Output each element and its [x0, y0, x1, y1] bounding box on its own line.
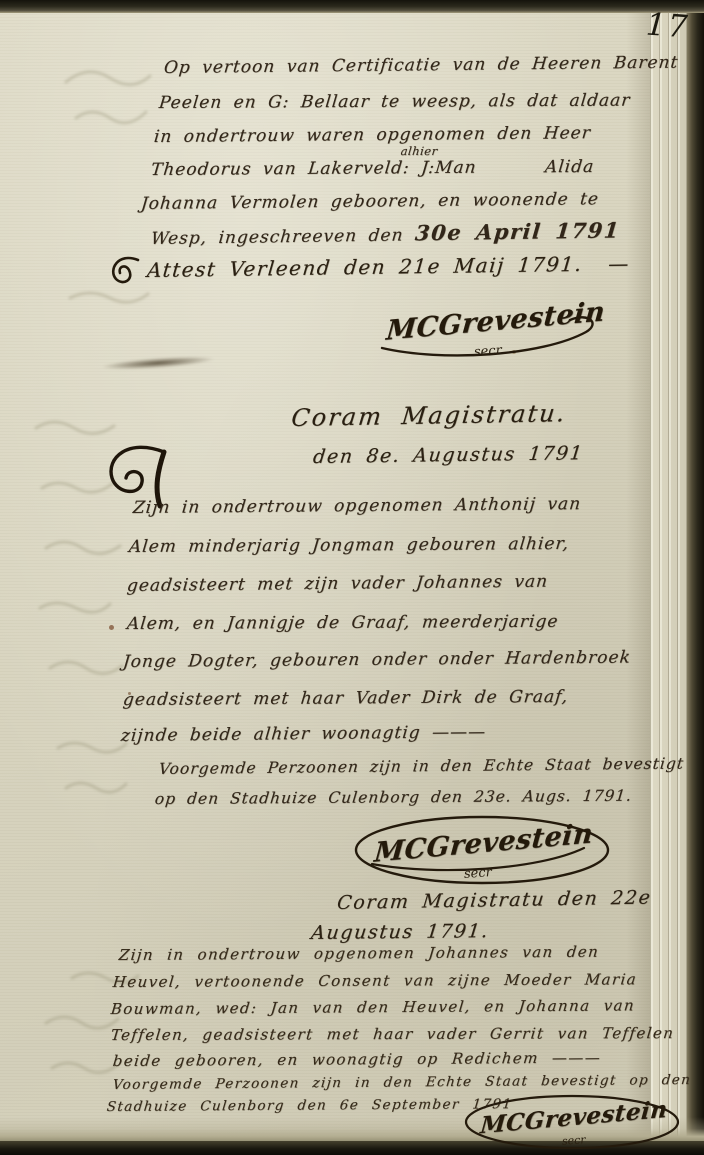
page-stack-edge	[650, 0, 688, 1155]
section-date: Augustus 1791.	[310, 920, 490, 944]
signature-title: secr	[474, 343, 503, 360]
book-binding-top	[0, 0, 704, 13]
manuscript-line: geadsisteert met haar Vader Dirk de Graa…	[122, 687, 569, 710]
manuscript-line: Stadhuize Culenborg den 6e September 179…	[106, 1096, 513, 1115]
manuscript-line: Alem, en Jannigje de Graaf, meerderjarig…	[126, 612, 559, 634]
signature-title: secr	[464, 865, 493, 882]
section-date: den 8e. Augustus 1791	[312, 442, 585, 468]
manuscript-line: op den Stadhuize Culenborg den 23e. Augs…	[154, 787, 633, 808]
insertion-note: alhier	[400, 144, 438, 158]
manuscript-line: Theodorus van Lakerveld: J:Man Alida	[150, 157, 595, 180]
manuscript-line: Teffelen, geadsisteert met haar vader Ge…	[110, 1024, 675, 1044]
manuscript-line: Zijn in ondertrouw opgenomen Anthonij va…	[132, 494, 582, 518]
signature-block: MCGrevestein secr	[372, 300, 612, 370]
ink-flourish	[106, 252, 144, 294]
page-number: 17	[645, 7, 691, 46]
registration-date: 30e April 1791	[414, 217, 621, 245]
manuscript-line: in ondertrouw waren opgenomen den Heer	[153, 123, 592, 147]
manuscript-line: Bouwman, wed: Jan van den Heuvel, en Joh…	[110, 996, 636, 1018]
signature-block: MCGrevestein secr	[462, 1094, 686, 1154]
manuscript-line: beide gebooren, en woonagtig op Redichem…	[112, 1049, 602, 1070]
signature-block: MCGrevestein secr	[348, 812, 616, 892]
scanned-register-page: 17 Op vertoon van Certificatie van de He…	[0, 0, 704, 1155]
manuscript-line-text: Wesp, ingeschreeven den	[150, 225, 416, 249]
book-cover-edge	[687, 0, 704, 1155]
section-heading: Coram Magistratu.	[290, 399, 568, 432]
manuscript-line: Peelen en G: Bellaar te weesp, als dat a…	[158, 91, 631, 113]
manuscript-line: Alem minderjarig Jongman gebouren alhier…	[128, 534, 570, 557]
manuscript-line: Heuvel, vertoonende Consent van zijne Mo…	[112, 970, 638, 991]
manuscript-line: Zijn in ondertrouw opgenomen Johannes va…	[118, 943, 600, 964]
signature-title: secr	[562, 1133, 586, 1148]
manuscript-line: zijnde beide alhier woonagtig ———	[120, 722, 487, 746]
